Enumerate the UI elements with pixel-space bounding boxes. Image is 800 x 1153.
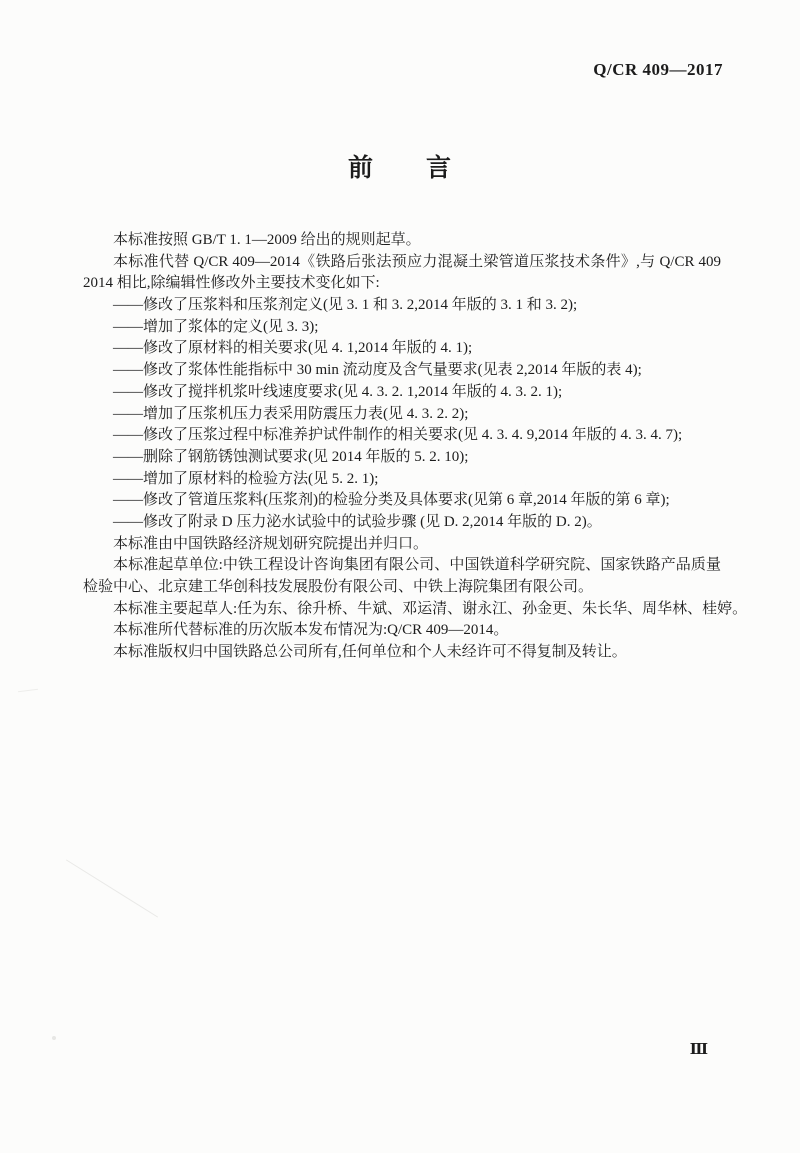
foreword-line: ——修改了浆体性能指标中 30 min 流动度及含气量要求(见表 2,2014 …	[83, 360, 721, 382]
foreword-line: ——修改了附录 D 压力泌水试验中的试验步骤 (见 D. 2,2014 年版的 …	[83, 512, 721, 534]
foreword-line: 本标准代替 Q/CR 409—2014《铁路后张法预应力混凝土梁管道压浆技术条件…	[83, 252, 721, 274]
foreword-line: 本标准版权归中国铁路总公司所有,任何单位和个人未经许可不得复制及转让。	[83, 642, 721, 664]
standard-number-header: Q/CR 409—2017	[593, 60, 723, 80]
foreword-line: ——增加了原材料的检验方法(见 5. 2. 1);	[83, 469, 721, 491]
scan-crease-artifact	[66, 859, 158, 917]
foreword-line: 2014 相比,除编辑性修改外主要技术变化如下:	[83, 273, 721, 295]
foreword-line: ——修改了压浆过程中标准养护试件制作的相关要求(见 4. 3. 4. 9,201…	[83, 425, 721, 447]
page-number: Ⅲ	[690, 1040, 708, 1059]
scan-speck-artifact	[52, 1036, 56, 1040]
foreword-line: 检验中心、北京建工华创科技发展股份有限公司、中铁上海院集团有限公司。	[83, 577, 721, 599]
foreword-line: 本标准由中国铁路经济规划研究院提出并归口。	[83, 534, 721, 556]
foreword-line: 本标准主要起草人:任为东、徐升桥、牛斌、邓运清、谢永江、孙金更、朱长华、周华林、…	[83, 599, 721, 621]
foreword-body: 本标准按照 GB/T 1. 1—2009 给出的规则起草。本标准代替 Q/CR …	[83, 230, 721, 664]
foreword-line: ——增加了压浆机压力表采用防震压力表(见 4. 3. 2. 2);	[83, 404, 721, 426]
foreword-line: 本标准所代替标准的历次版本发布情况为:Q/CR 409—2014。	[83, 620, 721, 642]
document-page: Q/CR 409—2017 前 言 本标准按照 GB/T 1. 1—2009 给…	[0, 0, 800, 1153]
foreword-line: ——修改了压浆料和压浆剂定义(见 3. 1 和 3. 2,2014 年版的 3.…	[83, 295, 721, 317]
foreword-title: 前 言	[0, 148, 800, 184]
foreword-line: ——删除了钢筋锈蚀测试要求(见 2014 年版的 5. 2. 10);	[83, 447, 721, 469]
foreword-line: ——修改了搅拌机浆叶线速度要求(见 4. 3. 2. 1,2014 年版的 4.…	[83, 382, 721, 404]
scan-crease-artifact	[18, 689, 38, 692]
foreword-line: 本标准起草单位:中铁工程设计咨询集团有限公司、中国铁道科学研究院、国家铁路产品质…	[83, 555, 721, 577]
foreword-line: 本标准按照 GB/T 1. 1—2009 给出的规则起草。	[83, 230, 721, 252]
foreword-line: ——增加了浆体的定义(见 3. 3);	[83, 317, 721, 339]
foreword-line: ——修改了原材料的相关要求(见 4. 1,2014 年版的 4. 1);	[83, 338, 721, 360]
foreword-line: ——修改了管道压浆料(压浆剂)的检验分类及具体要求(见第 6 章,2014 年版…	[83, 490, 721, 512]
